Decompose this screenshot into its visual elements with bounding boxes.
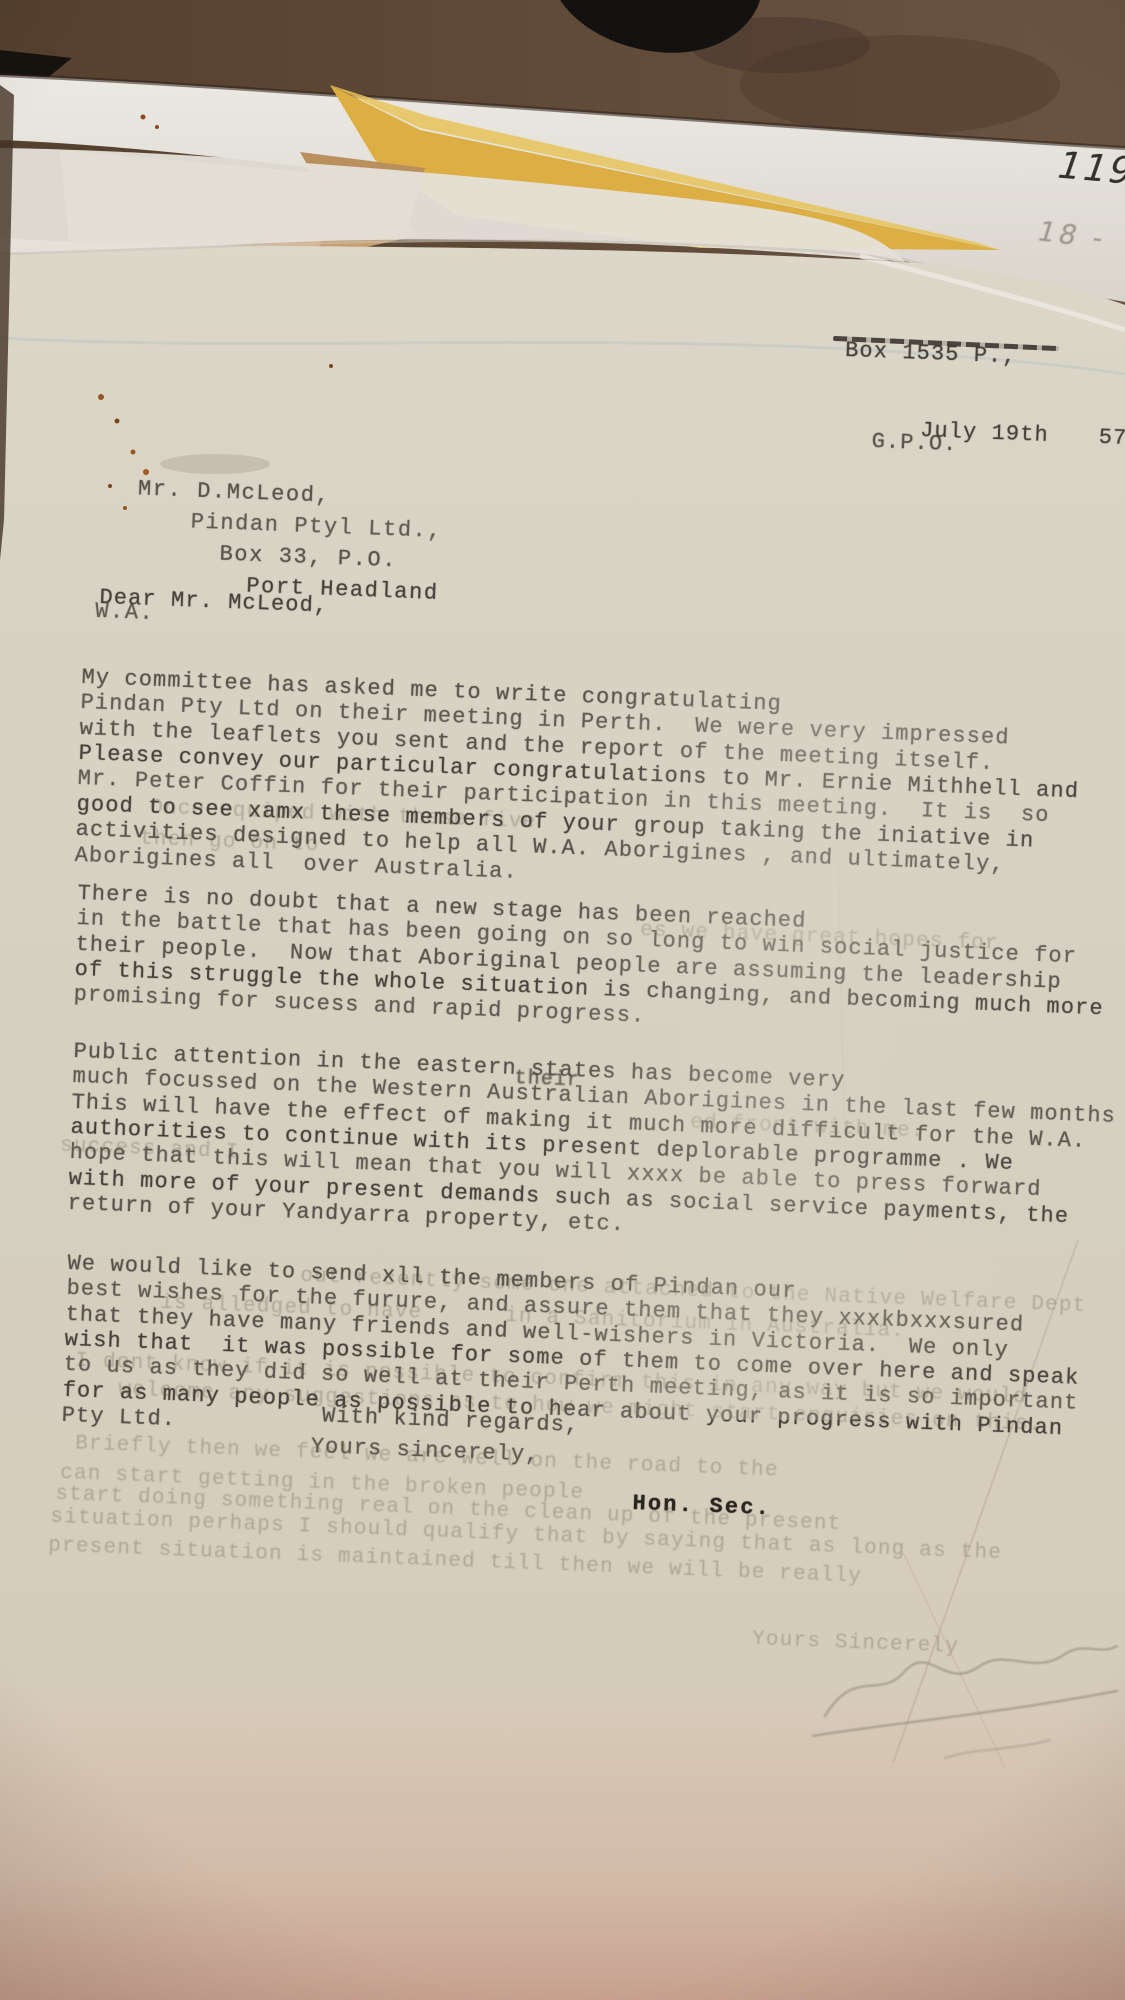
sender-address: Box 1535 P., G.P.O. — [840, 276, 1020, 492]
date-line: July 19th57 — [891, 392, 1125, 452]
ghost-signature — [795, 1596, 1125, 1796]
date-year: 57 — [1098, 425, 1125, 451]
closing-block: With kind regards,Yours sincerely, — [310, 1338, 582, 1472]
overtype-correction-word: their — [514, 1066, 580, 1094]
date-text: July 19th — [920, 418, 1050, 448]
signoff-title: Hon. Sec. — [632, 1491, 771, 1522]
